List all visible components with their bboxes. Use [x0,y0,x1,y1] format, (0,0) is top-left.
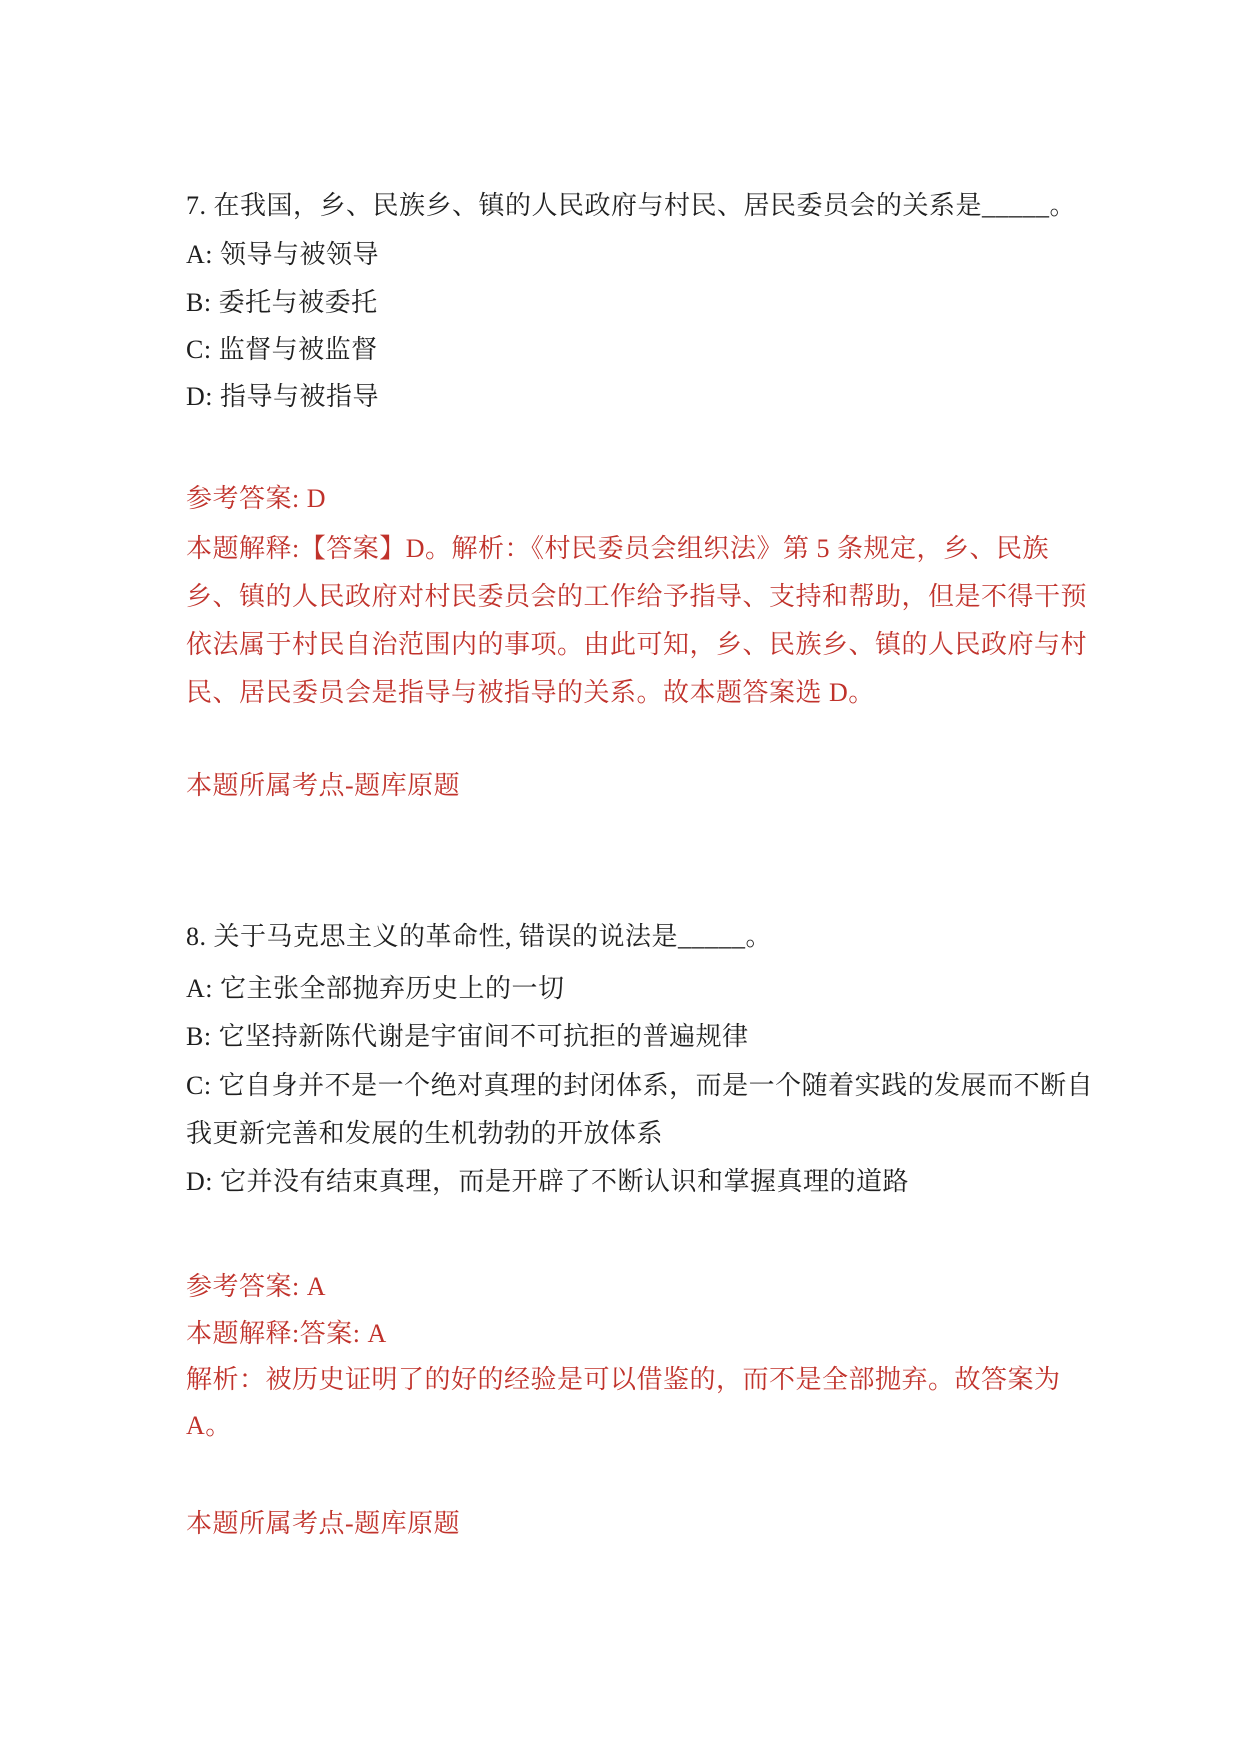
question-7-option-b: B: 委托与被委托 [186,287,378,319]
question-7-explanation-line-1: 本题解释:【答案】D。解析：《村民委员会组织法》第 5 条规定，乡、民族 [186,533,1049,565]
question-7-explanation-line-2: 乡、镇的人民政府对村民委员会的工作给予指导、支持和帮助，但是不得干预 [186,581,1087,613]
question-7-option-d: D: 指导与被指导 [186,381,379,413]
question-8-explanation-label: 本题解释:答案: A [186,1318,387,1350]
question-7-option-a: A: 领导与被领导 [186,239,379,271]
question-8-topic-label: 本题所属考点-题库原题 [186,1508,460,1540]
question-8-option-a: A: 它主张全部抛弃历史上的一切 [186,973,565,1005]
question-8-option-b: B: 它坚持新陈代谢是宇宙间不可抗拒的普遍规律 [186,1021,749,1053]
question-7-option-c: C: 监督与被监督 [186,334,378,366]
question-7-title: 7. 在我国，乡、民族乡、镇的人民政府与村民、居民委员会的关系是_____。 [186,190,1076,222]
question-7-topic-label: 本题所属考点-题库原题 [186,770,460,802]
question-8-option-d: D: 它并没有结束真理，而是开辟了不断认识和掌握真理的道路 [186,1166,909,1198]
exam-document-page: 7. 在我国，乡、民族乡、镇的人民政府与村民、居民委员会的关系是_____。 A… [0,0,1240,1753]
question-8-analysis-line-2: A。 [186,1410,232,1442]
question-8-option-c-line-2: 我更新完善和发展的生机勃勃的开放体系 [186,1118,663,1150]
question-8-title: 8. 关于马克思主义的革命性, 错误的说法是_____。 [186,921,772,953]
question-8-analysis-line-1: 解析：被历史证明了的好的经验是可以借鉴的，而不是全部抛弃。故答案为 [186,1364,1061,1396]
question-8-option-c-line-1: C: 它自身并不是一个绝对真理的封闭体系，而是一个随着实践的发展而不断自 [186,1070,1093,1102]
question-7-reference-answer: 参考答案: D [186,483,326,515]
question-7-explanation-line-4: 民、居民委员会是指导与被指导的关系。故本题答案选 D。 [186,677,875,709]
question-7-explanation-line-3: 依法属于村民自治范围内的事项。由此可知，乡、民族乡、镇的人民政府与村 [186,629,1087,661]
question-8-reference-answer: 参考答案: A [186,1271,326,1303]
